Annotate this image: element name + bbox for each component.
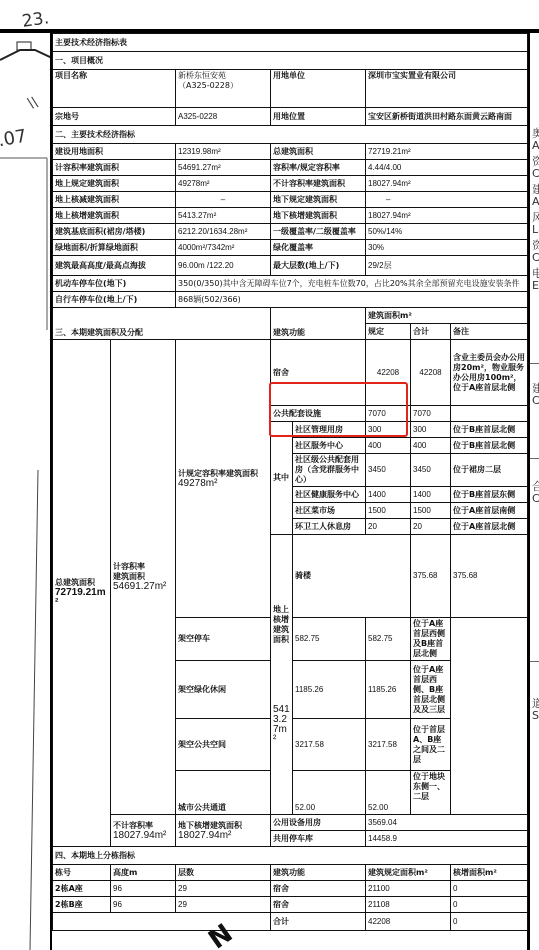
indicator-label: 一级覆盖率/二级覆盖率 [271, 224, 366, 240]
sec4-cell: 0 [451, 881, 528, 897]
core-required: 3217.58 [293, 719, 366, 771]
core-required: 52.00 [293, 771, 366, 815]
far-area-label: 计容积率 建筑面积 [113, 562, 173, 582]
facility-name: 社区级公共配套用房（含党群服务中心） [293, 454, 366, 487]
dorm-note: 含业主委员会办公用房20m²，物业服务办公用房100m²，位于A座首层北侧 [451, 340, 528, 406]
public-facilities-note [451, 406, 528, 422]
sec4-cell: 96 [111, 897, 176, 913]
indicator-label: 绿地面积/折算绿地面积 [53, 240, 176, 256]
col-total-header: 合计 [411, 324, 451, 340]
core-total: 375.68 [451, 535, 528, 618]
col-required-header: 规定 [366, 324, 411, 340]
sec4-total-area: 42208 [366, 913, 451, 931]
facility-note: 位于A座首层北侧 [451, 519, 528, 535]
facility-name: 社区服务中心 [293, 438, 366, 454]
indicator-label: 地上核增建筑面积 [53, 208, 176, 224]
bike-parking-label: 自行车停车位(地上/下) [53, 292, 176, 308]
area-row: 总建筑面积72719.21m²计容积率 建筑面积54691.27m²计规定容积率… [53, 340, 528, 406]
indicator-label: 建设用地面积 [53, 144, 176, 160]
facility-name: 社区菜市场 [293, 503, 366, 519]
garage-name: 共用停车库 [271, 831, 366, 847]
technical-indicators-table: 主要技术经济指标表 一、项目概况 项目名称 新桥东恒安苑 （A325-0228）… [52, 33, 528, 931]
area-header: 建筑面积m² [366, 308, 528, 324]
sec4-row: 2栋B座9629宿舍211080 [53, 897, 528, 913]
indicator-value: 72719.21m² [366, 144, 528, 160]
core-note: 位于A座首层西侧及B座首层北侧 [411, 618, 451, 661]
location-value: 宝安区新桥街道洪田村路东面黄云路南面 [366, 108, 528, 126]
sec4-header: 建筑规定面积m² [366, 865, 451, 881]
indicator-row: 建筑基底面积(裙房/塔楼)6212.20/1634.28m²一级覆盖率/二级覆盖… [53, 224, 528, 240]
core-total: 582.75 [366, 618, 411, 661]
dorm-total: 42208 [411, 340, 451, 406]
indicator-value: – [366, 192, 528, 208]
indicator-label: 计容积率建筑面积 [53, 160, 176, 176]
core-required: 582.75 [293, 618, 366, 661]
indicator-row: 绿地面积/折算绿地面积4000m²/7342m²绿化覆盖率30% [53, 240, 528, 256]
col-note-header: 备注 [451, 324, 528, 340]
sec4-cell: 2栋A座 [53, 881, 111, 897]
indicator-value: 6212.20/1634.28m² [176, 224, 271, 240]
area-distribution: 总建筑面积72719.21m²计容积率 建筑面积54691.27m²计规定容积率… [53, 340, 528, 847]
section-2-heading: 二、主要技术经济指标 [53, 126, 528, 144]
facility-total: 300 [411, 422, 451, 438]
side-label: Cl [532, 168, 539, 180]
indicator-value: 54691.27m² [176, 160, 271, 176]
under-inc-value: 18027.94m² [178, 831, 268, 841]
side-label: El [532, 280, 539, 292]
public-facilities-total: 7070 [411, 406, 451, 422]
reg-far-label: 计规定容积率建筑面积 [178, 469, 268, 479]
sec4-cell: 21100 [366, 881, 451, 897]
facility-name: 社区健康服务中心 [293, 487, 366, 503]
indicator-value: – [176, 192, 271, 208]
facility-note: 位于B座首层北侧 [451, 438, 528, 454]
sec4-header: 栋号 [53, 865, 111, 881]
under-inc-label: 地下核增建筑面积 [178, 821, 268, 831]
reg-far-cell: 计规定容积率建筑面积49278m² [176, 340, 271, 618]
section-3-heading: 三、本期建筑面积及分配 [53, 308, 271, 340]
side-panel: 奥 A- 资 Cl 建 Ar 风 La 资 Cl 电 El 建 C 合 C 道 … [530, 33, 539, 950]
section-4-heading: 四、本期地上分栋指标 [53, 847, 528, 865]
core-required: 1185.26 [293, 661, 366, 719]
indicator-label: 地下核增建筑面积 [271, 208, 366, 224]
facility-required: 1400 [366, 487, 411, 503]
indicator-label: 容积率/规定容积率 [271, 160, 366, 176]
side-label: Ar [532, 196, 539, 208]
indicator-value: 12319.98m² [176, 144, 271, 160]
indicator-label: 绿化覆盖率 [271, 240, 366, 256]
side-label: C [532, 493, 539, 505]
indicator-row: 建筑最高高度/最高点海拔96.00m /122.20最大层数(地上/下)29/2… [53, 256, 528, 276]
indicator-value: 29/2层 [366, 256, 528, 276]
indicator-value: 4.44/4.00 [366, 160, 528, 176]
core-inc-label: 地上核增建筑面积 [273, 605, 290, 645]
core-function-name: 骑楼 [293, 535, 411, 618]
indicator-label: 建筑最高高度/最高点海拔 [53, 256, 176, 276]
sec4-cell: 29 [176, 897, 271, 913]
facility-required: 300 [366, 422, 411, 438]
among-label: 其中 [271, 422, 293, 535]
facility-note: 位于B座首层北侧 [451, 422, 528, 438]
table-title: 主要技术经济指标表 [53, 34, 528, 52]
area-row: 不计容积率18027.94m²地下核增建筑面积18027.94m²公用设备用房3… [53, 815, 528, 831]
side-label: Cl [532, 252, 539, 264]
sec4-header: 建筑功能 [271, 865, 366, 881]
facility-required: 3450 [366, 454, 411, 487]
dorm-required: 42208 [366, 340, 411, 406]
non-far-value: 18027.94m² [113, 831, 173, 841]
location-label: 用地位置 [271, 108, 366, 126]
equipment-room-value: 3569.04 [366, 815, 528, 831]
indicator-value: 49278m² [176, 176, 271, 192]
facility-required: 1500 [366, 503, 411, 519]
project-name-label: 项目名称 [53, 70, 176, 108]
indicator-value: 18027.94m² [366, 176, 528, 192]
core-note: 位于A座首层西侧、B座首层北侧及及三层 [411, 661, 451, 719]
facility-note: 位于裙房二层 [451, 454, 528, 487]
indicator-label: 最大层数(地上/下) [271, 256, 366, 276]
sec4-cell: 2栋B座 [53, 897, 111, 913]
dorm-name: 宿舍 [271, 340, 366, 406]
non-far-label: 不计容积率 [113, 821, 173, 831]
bike-parking-value: 868辆(502/366) [176, 292, 528, 308]
facility-total: 20 [411, 519, 451, 535]
facility-required: 20 [366, 519, 411, 535]
sec4-header: 高度m [111, 865, 176, 881]
indicator-row: 建设用地面积12319.98m²总建筑面积72719.21m² [53, 144, 528, 160]
indicator-row: 地上规定建筑面积49278m²不计容积率建筑面积18027.94m² [53, 176, 528, 192]
side-label: S [532, 710, 539, 722]
public-facilities-required: 7070 [366, 406, 411, 422]
indicator-value: 50%/14% [366, 224, 528, 240]
core-total: 52.00 [366, 771, 411, 815]
indicator-value: 96.00m /122.20 [176, 256, 271, 276]
facility-total: 1400 [411, 487, 451, 503]
core-function-name: 城市公共通道 [176, 771, 293, 815]
building-indicators: 栋号高度m层数建筑功能建筑规定面积m²核增面积m²2栋A座9629宿舍21100… [53, 865, 528, 913]
side-label: C [532, 395, 539, 407]
indicator-label: 地上核减建筑面积 [53, 192, 176, 208]
facility-required: 400 [366, 438, 411, 454]
core-total: 1185.26 [366, 661, 411, 719]
indicator-value: 30% [366, 240, 528, 256]
sec4-header-row: 栋号高度m层数建筑功能建筑规定面积m²核增面积m² [53, 865, 528, 881]
land-user-label: 用地单位 [271, 70, 366, 108]
facility-total: 3450 [411, 454, 451, 487]
indicator-rows: 建设用地面积12319.98m²总建筑面积72719.21m²计容积率建筑面积5… [53, 144, 528, 276]
indicator-label: 建筑基底面积(裙房/塔楼) [53, 224, 176, 240]
sec4-total-label: 合计 [271, 913, 366, 931]
section-1-heading: 一、项目概况 [53, 52, 528, 70]
core-note: 位于地块东侧一、二层 [411, 771, 451, 815]
indicator-value: 4000m²/7342m² [176, 240, 271, 256]
col-function-header: 建筑功能 [271, 308, 366, 340]
indicator-row: 地上核减建筑面积–地下规定建筑面积– [53, 192, 528, 208]
indicator-label: 地下规定建筑面积 [271, 192, 366, 208]
facility-total: 1500 [411, 503, 451, 519]
under-inc-cell: 地下核增建筑面积18027.94m² [176, 815, 271, 847]
sec4-total-inc: 0 [451, 913, 528, 931]
car-parking-label: 机动车停车位(地下) [53, 276, 176, 292]
facility-note: 位于A座首层南侧 [451, 503, 528, 519]
facility-name: 环卫工人休息房 [293, 519, 366, 535]
reg-far-value: 49278m² [178, 479, 268, 489]
facility-total: 400 [411, 438, 451, 454]
core-note: 位于首层A、B座之间及二层 [411, 719, 451, 771]
indicator-row: 地上核增建筑面积5413.27m²地下核增建筑面积18027.94m² [53, 208, 528, 224]
equipment-room-name: 公用设备用房 [271, 815, 366, 831]
project-name-value: 新桥东恒安苑 （A325-0228） [176, 70, 271, 108]
sec4-cell: 宿舍 [271, 881, 366, 897]
sec4-cell: 29 [176, 881, 271, 897]
non-far-cell: 不计容积率18027.94m² [111, 815, 176, 847]
public-facilities-name: 公共配套设施 [271, 406, 366, 422]
total-blank [53, 913, 271, 931]
facility-note: 位于B座首层东侧 [451, 487, 528, 503]
sec4-cell: 0 [451, 897, 528, 913]
sec4-header: 层数 [176, 865, 271, 881]
far-area-cell: 计容积率 建筑面积54691.27m² [111, 340, 176, 815]
side-label: A- [532, 140, 539, 152]
parcel-label: 宗地号 [53, 108, 176, 126]
indicator-row: 计容积率建筑面积54691.27m²容积率/规定容积率4.44/4.00 [53, 160, 528, 176]
side-label: La [532, 224, 539, 236]
parcel-value: A325-0228 [176, 108, 271, 126]
total-area-value: 72719.21m² [55, 588, 108, 608]
garage-value: 14458.9 [366, 831, 528, 847]
sec4-header: 核增面积m² [451, 865, 528, 881]
far-area-value: 54691.27m² [113, 582, 173, 592]
sec4-cell: 21108 [366, 897, 451, 913]
sec4-cell: 96 [111, 881, 176, 897]
core-required: 375.68 [411, 535, 451, 618]
facility-name: 社区管理用房 [293, 422, 366, 438]
car-parking-value: 350(0/350)其中含无障碍车位7个，充电桩车位数70，占比20%其余全部预… [176, 276, 528, 292]
indicator-label: 不计容积率建筑面积 [271, 176, 366, 192]
land-user-value: 深圳市宝实置业有限公司 [366, 70, 528, 108]
sec4-cell: 宿舍 [271, 897, 366, 913]
indicator-value: 18027.94m² [366, 208, 528, 224]
indicator-value: 5413.27m² [176, 208, 271, 224]
indicator-label: 地上规定建筑面积 [53, 176, 176, 192]
core-total: 3217.58 [366, 719, 411, 771]
indicator-label: 总建筑面积 [271, 144, 366, 160]
sec4-row: 2栋A座9629宿舍211000 [53, 881, 528, 897]
total-area-cell: 总建筑面积72719.21m² [53, 340, 111, 847]
